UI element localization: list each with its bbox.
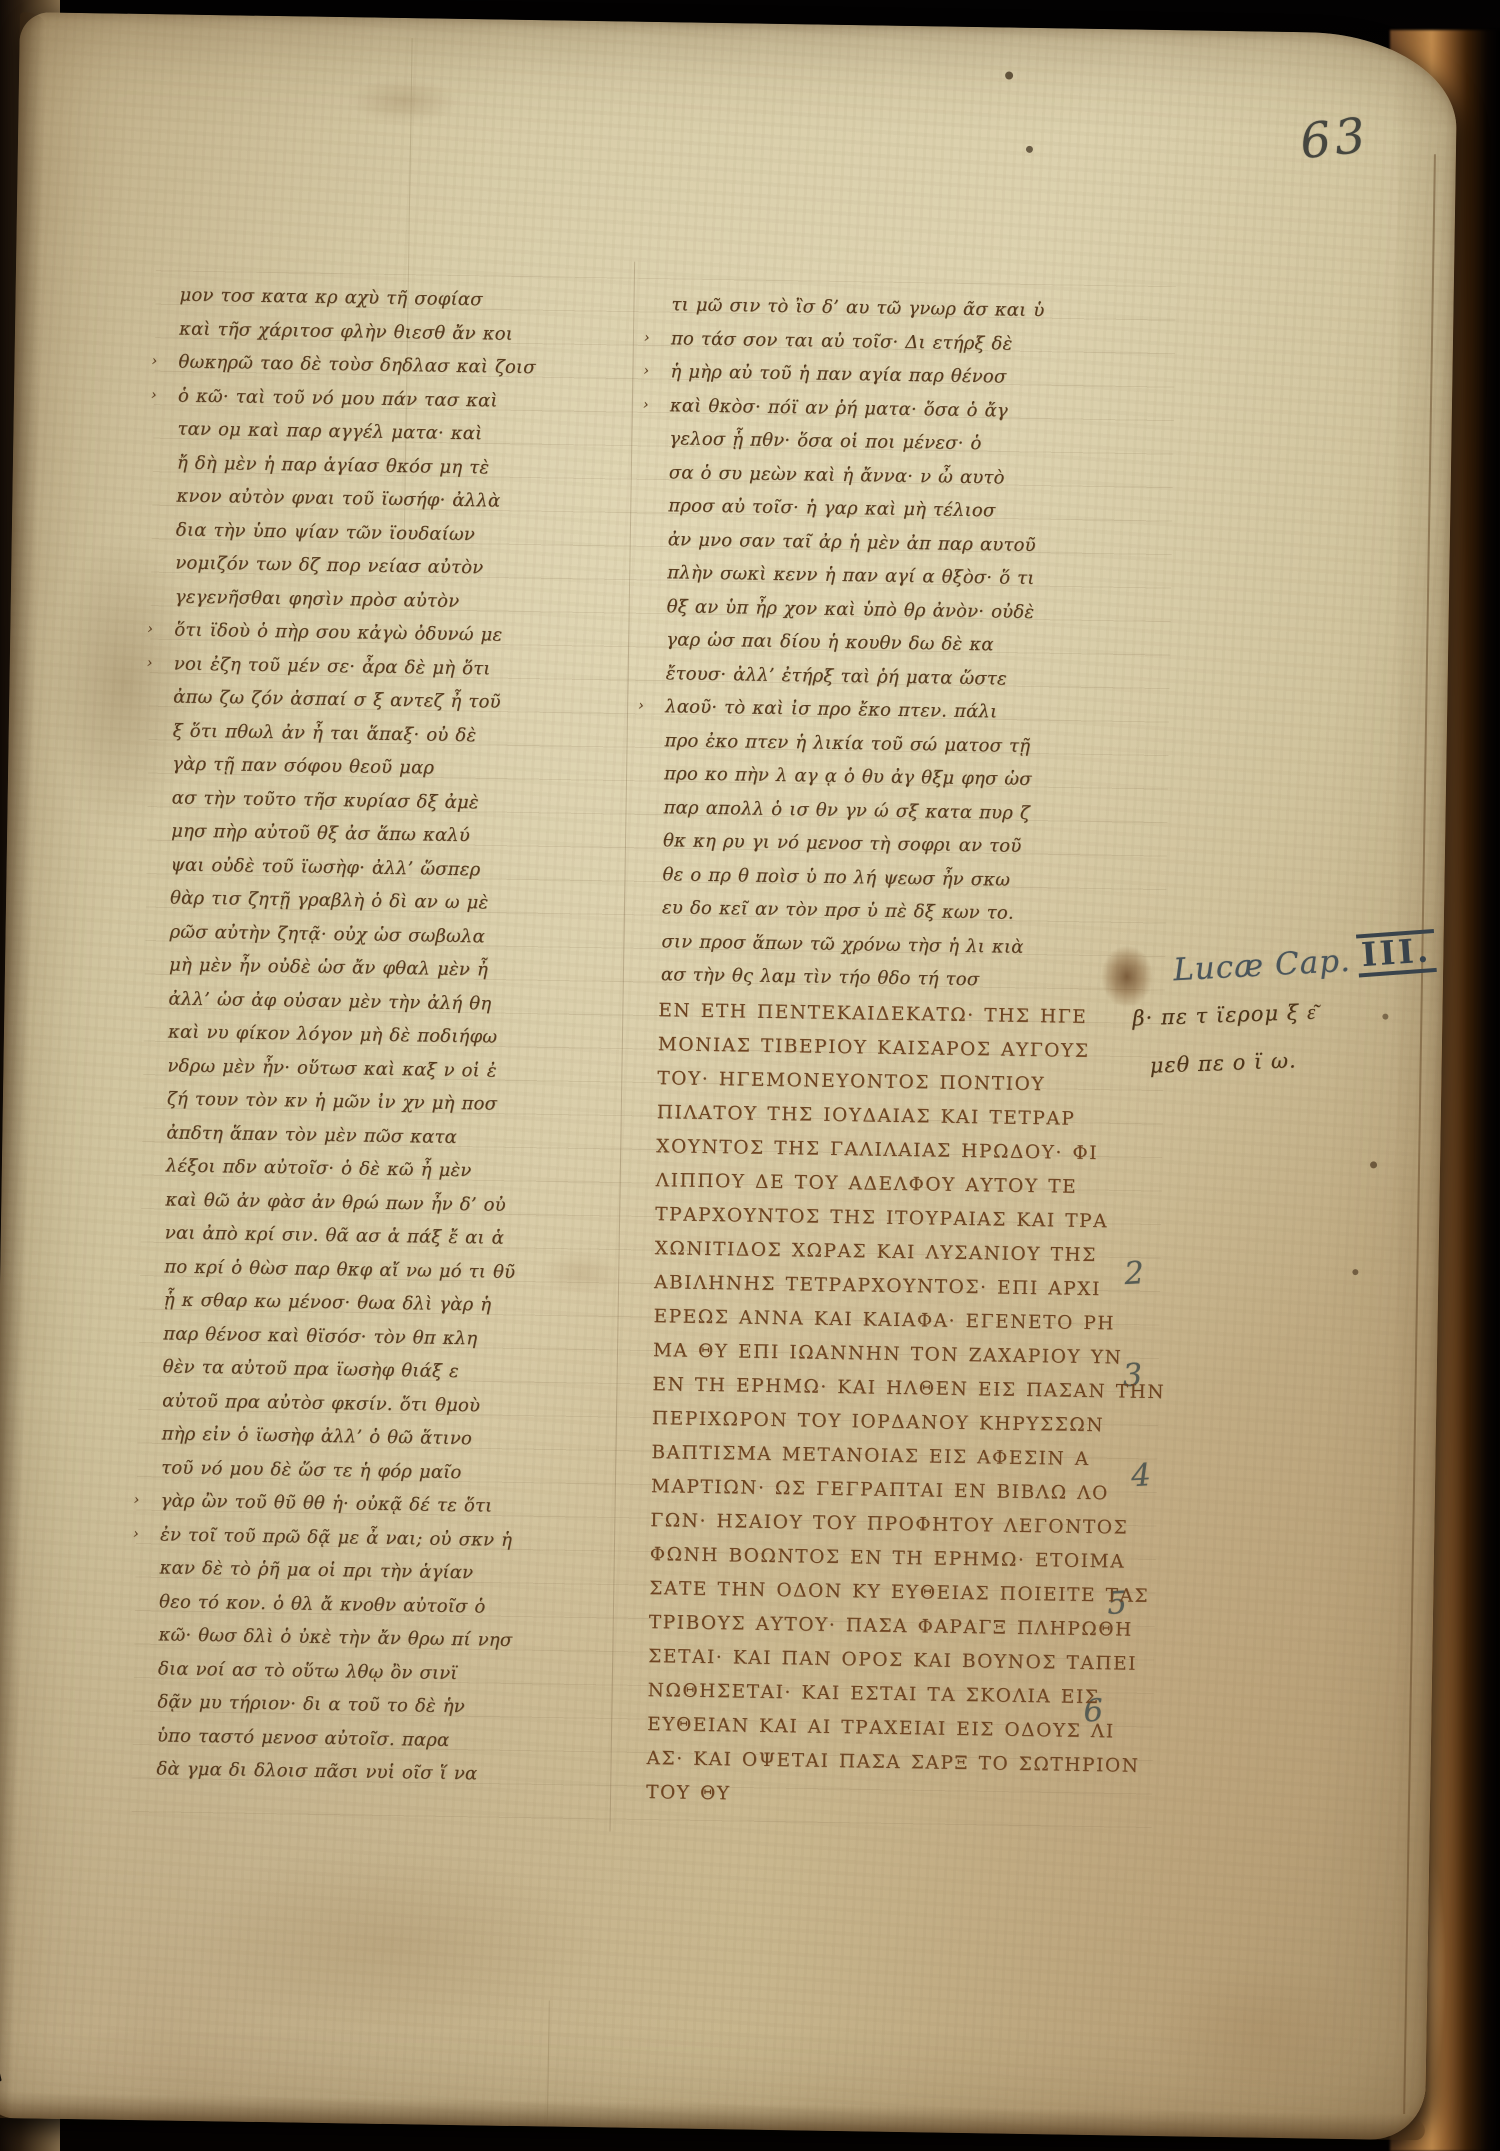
text-line-content: ΤΡΙΒΟΥΣ ΑΥΤΟΥ· ΠΑΣΑ ΦΑΡΑΓΞ ΠΛΗΡΩΘΗ: [649, 1612, 1133, 1641]
diple-mark: ›: [151, 379, 157, 413]
verse-number: 4: [1130, 1457, 1152, 1494]
text-line-content: σα ὁ συ μεὼν καὶ ἡ ἄννα· ν ὦ αυτὸ: [669, 462, 1005, 488]
text-line-content: ἡ μὴρ αὐ τοῦ ἡ παν αγία παρ θένοσ: [670, 361, 1006, 387]
text-line-content: ἀν μνο σαν ταῖ ἀρ ἡ μὲν ἀπ παρ αυτοῦ: [668, 529, 1036, 556]
text-line-content: πὴρ εἰν ὁ ϊωσὴφ ἀλλ’ ὁ θῶ ἅτινο: [162, 1423, 473, 1449]
text-line-content: ΧΩΝΙΤΙΔΟΣ ΧΩΡΑΣ ΚΑΙ ΛΥΣΑΝΙΟΥ ΤΗΣ: [654, 1238, 1097, 1266]
stain: [1147, 1960, 1379, 2104]
text-line-content: προ κο πὴν λ αγ ᾳ ὁ θυ ἀγ θξμ φησ ὡσ: [664, 763, 1032, 790]
text-line-content: ρῶσ αὐτὴν ζητᾷ· οὐχ ὡσ σωβωλα: [169, 921, 485, 947]
diple-mark: ›: [638, 690, 644, 724]
text-line-content: ΧΟΥΝΤΟΣ ΤΗΣ ΓΑΛΙΛΑΙΑΣ ΗΡΩΔΟΥ· ΦΙ: [656, 1136, 1098, 1164]
text-line-content: μον τοσ κατα κρ αχὺ τῆ σοφίασ: [179, 285, 482, 311]
text-line-content: ΛΙΠΠΟΥ ΔΕ ΤΟΥ ΑΔΕΛΦΟΥ ΑΥΤΟΥ ΤΕ: [656, 1170, 1078, 1198]
text-line-content: ΣΕΤΑΙ· ΚΑΙ ΠΑΝ ΟΡΟΣ ΚΑΙ ΒΟΥΝΟΣ ΤΑΠΕΙ: [648, 1646, 1137, 1675]
diple-mark: ›: [147, 647, 153, 681]
text-line-content: ἐν τοῖ τοῦ πρῶ δᾷ με ἆ ναι; οὐ σκν ἡ: [160, 1524, 512, 1551]
column-rule-line: [609, 262, 635, 1832]
text-line-content: ασ τὴν τοῦτο τῆσ κυρίασ δξ ἀμὲ: [172, 787, 479, 813]
text-line-content: θὲν τα αὐτοῦ πρα ϊωσὴφ θιάξ ε: [163, 1356, 459, 1382]
text-line-content: γὰρ ὢν τοῦ θῦ θθ ἡ· οὐκᾷ δέ τε ὅτι: [160, 1490, 492, 1516]
text-line-content: ΦΩΝΗ ΒΟΩΝΤΟΣ ΕΝ ΤΗ ΕΡΗΜΩ· ΕΤΟΙΜΑ: [650, 1544, 1126, 1572]
text-line-content: δια τὴν ὑπο ψίαν τῶν ϊουδαίων: [176, 519, 475, 545]
text-line-content: γαρ ὡσ παι δίου ἡ κουθν δω δὲ κα: [666, 629, 994, 655]
page-edge-shadow: [0, 2092, 1425, 2141]
diple-mark: ›: [643, 355, 649, 389]
text-line-content: κῶ· θωσ δλὶ ὁ ὐκὲ τὴν ἄν θρω πί νησ: [158, 1624, 512, 1651]
text-line-content: προσ αὐ τοῖσ· ἡ γαρ καὶ μὴ τέλιοσ: [668, 495, 995, 521]
margin-chapter-title: Lucæ Cap.: [1172, 943, 1351, 989]
text-line-content: ναι ἀπὸ κρί σιν. θᾶ ασ ἁ πάξ ἔ αι ἁ: [165, 1222, 504, 1248]
text-line-content: ὑπο ταστό μενοσ αὐτοῖσ. παρα: [157, 1725, 450, 1751]
text-column-2-uncial: ΕΝ ΕΤΗ ΠΕΝΤΕΚΑΙΔΕΚΑΤΩ· ΤΗΣ ΗΓΕΜΟΝΙΑΣ ΤΙΒ…: [646, 994, 1139, 1817]
text-line-content: καὶ τῆσ χάριτοσ φλὴν θιεσθ ἄν κοι: [179, 318, 513, 344]
text-line-content: καν δὲ τὸ ῥῆ μα οἱ πρι τὴν ἁγίαν: [159, 1557, 473, 1583]
text-line-content: κνον αὐτὸν φναι τοῦ ϊωσήφ· ἀλλὰ: [176, 486, 500, 512]
text-line-content: ΕΝ ΤΗ ΕΡΗΜΩ· ΚΑΙ ΗΛΘΕΝ ΕΙΣ ΠΑΣΑΝ ΤΗΝ: [652, 1374, 1165, 1403]
text-column-1: μον τοσ κατα κρ αχὺ τῆ σοφίασκαὶ τῆσ χάρ…: [156, 279, 595, 1793]
verse-number-group: 23456: [20, 12, 1458, 35]
text-line-content: ΠΕΡΙΧΩΡΟΝ ΤΟΥ ΙΟΡΔΑΝΟΥ ΚΗΡΥΣΣΩΝ: [652, 1408, 1104, 1436]
text-line-content: ΕΥΘΕΙΑΝ ΚΑΙ ΑΙ ΤΡΑΧΕΙΑΙ ΕΙΣ ΟΔΟΥΣ ΛΙ: [647, 1714, 1115, 1742]
diple-mark: ›: [644, 321, 650, 355]
text-line-content: σιν προσ ἅπων τῶ χρόνω τὴσ ἡ λι κιὰ: [661, 931, 1023, 958]
text-line-content: δὰ γμα δι δλοισ πᾶσι νυἱ οῖσ ἵ να: [156, 1758, 477, 1784]
fleck: [1352, 1269, 1358, 1275]
text-line-content: ΒΑΠΤΙΣΜΑ ΜΕΤΑΝΟΙΑΣ ΕΙΣ ΑΦΕΣΙΝ Α: [651, 1442, 1090, 1470]
text-line-content: καὶ θκὸσ· πόϊ αν ῥή ματα· ὅσα ὁ ἄγ: [670, 395, 1008, 421]
text-column-2-minuscule: τι μῶ σιν τὸ ἲσ δ’ αυ τῶ γνωρ ᾶσ και ὑ›π…: [661, 288, 1142, 999]
text-line-content: ΕΡΕΩΣ ΑΝΝΑ ΚΑΙ ΚΑΙΑΦΑ· ΕΓΕΝΕΤΟ ΡΗ: [653, 1306, 1115, 1334]
stain: [178, 1845, 601, 2042]
text-line-content: νοι ἐζη τοῦ μέν σε· ἆρα δὲ μὴ ὅτι: [174, 653, 491, 679]
margin-chapter-numeral: III.: [1356, 929, 1437, 977]
text-line-content: προ ἐκο πτεν ἡ λικία τοῦ σώ ματοσ τῇ: [664, 730, 1030, 757]
text-line-content: ευ δο κεῖ αν τὸν πρσ ὑ πὲ δξ κων το.: [662, 897, 1014, 924]
text-line-content: νομιζόν των δζ πορ νείασ αὐτὸν: [175, 553, 483, 579]
text-line-content: πο τάσ σον ται αὐ τοῖσ· Δι ετήρξ δὲ: [671, 328, 1013, 354]
text-line-content: θεο τό κον. ὁ θλ ἄ κνοθν αὐτοῖσ ὁ: [159, 1591, 486, 1617]
text-line-content: ζή τουν τὸν κν ἡ μῶν ἰν χν μὴ ποσ: [167, 1088, 497, 1114]
text-line-content: ΤΟΥ ΘΥ: [646, 1782, 731, 1804]
text-line-content: παρ θένοσ καὶ θϊσόσ· τὸν θπ κλη: [163, 1323, 477, 1349]
text-line-content: ΝΩΘΗΣΕΤΑΙ· ΚΑΙ ΕΣΤΑΙ ΤΑ ΣΚΟΛΙΑ ΕΙΣ: [648, 1680, 1100, 1708]
parchment-page: 63 Lucæ Cap. III. β· πε τ ϊερομ ξ ε͂ μεθ…: [0, 12, 1458, 2140]
diple-mark: ›: [643, 388, 649, 422]
text-line-content: τοῦ νό μου δὲ ὥσ τε ἡ φόρ μαῖο: [161, 1457, 462, 1483]
text-line-content: ΑΣ· ΚΑΙ ΟΨΕΤΑΙ ΠΑΣΑ ΣΑΡΞ ΤΟ ΣΩΤΗΡΙΟΝ: [646, 1748, 1139, 1777]
text-line-content: ΜΑ ΘΥ ΕΠΙ ΙΩΑΝΝΗΝ ΤΟΝ ΖΑΧΑΡΙΟΥ ΥΝ: [653, 1340, 1123, 1368]
text-line-content: μὴ μὲν ἦν οὐδὲ ὡσ ἄν φθαλ μὲν ἦ: [169, 954, 488, 980]
stain: [348, 77, 459, 125]
text-line-content: ξ ὅτι πθωλ ἀν ἦ ται ἅπαξ· οὐ δὲ: [173, 720, 477, 746]
text-line-content: ὁ κῶ· ταὶ τοῦ νό μου πάν τασ καὶ: [178, 385, 498, 411]
text-line-content: παρ απολλ ὁ ισ θν γν ώ σξ κατα πυρ ζ: [663, 797, 1030, 824]
margin-gloss-line: μεθ πε ο ϊ ω.: [1149, 1048, 1297, 1077]
text-line-content: ΕΝ ΕΤΗ ΠΕΝΤΕΚΑΙΔΕΚΑΤΩ· ΤΗΣ ΗΓΕ: [658, 1000, 1087, 1028]
text-line-content: γελοσ ᾗ πθν· ὅσα οἱ ποι μένεσ· ὁ: [669, 428, 982, 454]
text-line-content: ΜΑΡΤΙΩΝ· ΩΣ ΓΕΓΡΑΠΤΑΙ ΕΝ ΒΙΒΛΩ ΛΟ: [651, 1476, 1109, 1504]
text-line-content: ᾗ κ σθαρ κω μένοσ· θωα δλὶ γὰρ ἡ: [164, 1289, 492, 1315]
text-line-content: νδρω μὲν ἦν· οὕτωσ καὶ καξ ν οἱ ἐ: [167, 1055, 497, 1081]
margin-gloss-line: β· πε τ ϊερομ ξ ε͂: [1132, 1000, 1317, 1032]
text-line-content: αὐτοῦ πρα αὐτὸσ φκσίν. ὅτι θμοὺ: [162, 1390, 480, 1416]
text-line-content: θωκηρῶ ταο δὲ τοὺσ δηδλασ καὶ ζοισ: [178, 352, 536, 379]
text-line-content: ἀπδτη ἅπαν τὸν μὲν πῶσ κατα: [166, 1122, 457, 1148]
diple-mark: ›: [133, 1484, 139, 1518]
text-line-content: γὰρ τῇ παν σόφου θεοῦ μαρ: [172, 753, 434, 778]
text-line-content: ΣΑΤΕ ΤΗΝ ΟΔΟΝ ΚΥ ΕΥΘΕΙΑΣ ΠΟΙΕΙΤΕ ΤΑΣ: [649, 1578, 1149, 1607]
text-line-content: δια νοί ασ τὸ οὕτω λθῳ ὂν σινϊ: [158, 1658, 458, 1684]
fleck: [1005, 71, 1013, 79]
diple-mark: ›: [147, 613, 153, 647]
text-line-content: μησ πὴρ αὐτοῦ θξ ἀσ ἅπω καλύ: [171, 820, 470, 846]
text-line: δὰ γμα δι δλοισ πᾶσι νυἱ οῖσ ἵ να: [156, 1752, 571, 1792]
text-line-content: τι μῶ σιν τὸ ἲσ δ’ αυ τῶ γνωρ ᾶσ και ὑ: [671, 294, 1044, 321]
text-line-content: ΜΟΝΙΑΣ ΤΙΒΕΡΙΟΥ ΚΑΙΣΑΡΟΣ ΑΥΓΟΥΣ: [658, 1034, 1090, 1062]
text-line-content: λέξοι πδν αὐτοῖσ· ὁ δὲ κῶ ἦ μὲν: [166, 1155, 472, 1181]
fleck: [1370, 1161, 1377, 1168]
text-line-content: ΑΒΙΛΗΝΗΣ ΤΕΤΡΑΡΧΟΥΝΤΟΣ· ΕΠΙ ΑΡΧΙ: [654, 1272, 1101, 1300]
text-line-content: γεγενῆσθαι φησὶν πρὸσ αὐτὸν: [175, 586, 460, 611]
text-line-content: ἔτουσ· ἀλλ’ ἐτήρξ ταὶ ῥή ματα ὥστε: [666, 663, 1008, 689]
diple-mark: ›: [151, 345, 157, 379]
text-line-content: ἀπω ζω ζόν ἀσπαί σ ξ αντεζ ἦ τοῦ: [173, 686, 501, 712]
text-line-content: πο κρί ὁ θὼσ παρ θκφ αἴ νω μό τι θῦ: [164, 1256, 515, 1283]
text-line-content: καὶ θῶ ἀν φὰσ ἀν θρώ πων ἦν δ’ οὐ: [165, 1189, 506, 1215]
text-line-content: ἀλλ’ ὡσ ἀφ οὐσαν μὲν τὴν ἀλή θη: [168, 988, 491, 1014]
text-line-content: θξ αν ὑπ ἦρ χον καὶ ὑπὸ θρ ἀνὸν· οὐδὲ: [667, 596, 1035, 623]
manuscript-photo: 63 Lucæ Cap. III. β· πε τ ϊερομ ξ ε͂ μεθ…: [0, 0, 1500, 2151]
text-line-content: ταν ομ καὶ παρ αγγέλ ματα· καὶ: [177, 419, 482, 445]
text-line-content: ασ τὴν θς λαμ τὶν τήο θδο τή τοσ: [661, 964, 980, 990]
text-line-content: ψαι οὐδὲ τοῦ ϊωσὴφ· ἀλλ’ ὥσπερ: [170, 854, 480, 880]
text-line: ασ τὴν θς λαμ τὶν τήο θδο τή τοσ: [661, 958, 1131, 999]
text-line-content: ὅτι ϊδοὺ ὁ πὴρ σου κἀγὼ ὀδυνώ με: [174, 620, 502, 646]
text-line-content: λαοῦ· τὸ καὶ ἰσ προ ἔκο πτεν. πάλι: [665, 696, 997, 722]
text-line-content: θε ο πρ θ ποὶσ ὑ πο λή ψεωσ ἦν σκω: [662, 864, 1010, 890]
fleck: [1026, 146, 1033, 153]
text-line-content: ΤΡΑΡΧΟΥΝΤΟΣ ΤΗΣ ΙΤΟΥΡΑΙΑΣ ΚΑΙ ΤΡΑ: [655, 1204, 1108, 1232]
text-line-content: ΤΟΥ· ΗΓΕΜΟΝΕΥΟΝΤΟΣ ΠΟΝΤΙΟΥ: [657, 1068, 1045, 1095]
folio-number: 63: [1297, 107, 1372, 170]
text-line-content: ἤ δὴ μὲν ἡ παρ ἁγίασ θκόσ μη τὲ: [177, 452, 490, 478]
fleck: [1382, 1014, 1388, 1020]
text-line-content: θκ κη ρυ γι νό μενοσ τὴ σοφρι αν τοῦ: [663, 830, 1022, 857]
diple-mark: ›: [133, 1517, 139, 1551]
text-line-content: καὶ νυ φίκον λόγον μὴ δὲ ποδιήφω: [168, 1021, 498, 1047]
text-line-content: δᾷν μυ τήριον· δι α τοῦ το δὲ ἡν: [157, 1691, 465, 1717]
text-line: ΤΟΥ ΘΥ: [646, 1776, 1126, 1818]
text-line-content: θὰρ τισ ζητῇ γραβλὴ ὁ δὶ αν ω μὲ: [170, 887, 489, 913]
text-line-content: ΠΙΛΑΤΟΥ ΤΗΣ ΙΟΥΔΑΙΑΣ ΚΑΙ ΤΕΤΡΑΡ: [657, 1102, 1076, 1130]
text-line-content: ΓΩΝ· ΗΣΑΙΟΥ ΤΟΥ ΠΡΟΦΗΤΟΥ ΛΕΓΟΝΤΟΣ: [650, 1510, 1128, 1539]
text-line-content: πλὴν σωκὶ κενν ἡ παν αγί α θξὸσ· ὅ τι: [667, 562, 1035, 589]
